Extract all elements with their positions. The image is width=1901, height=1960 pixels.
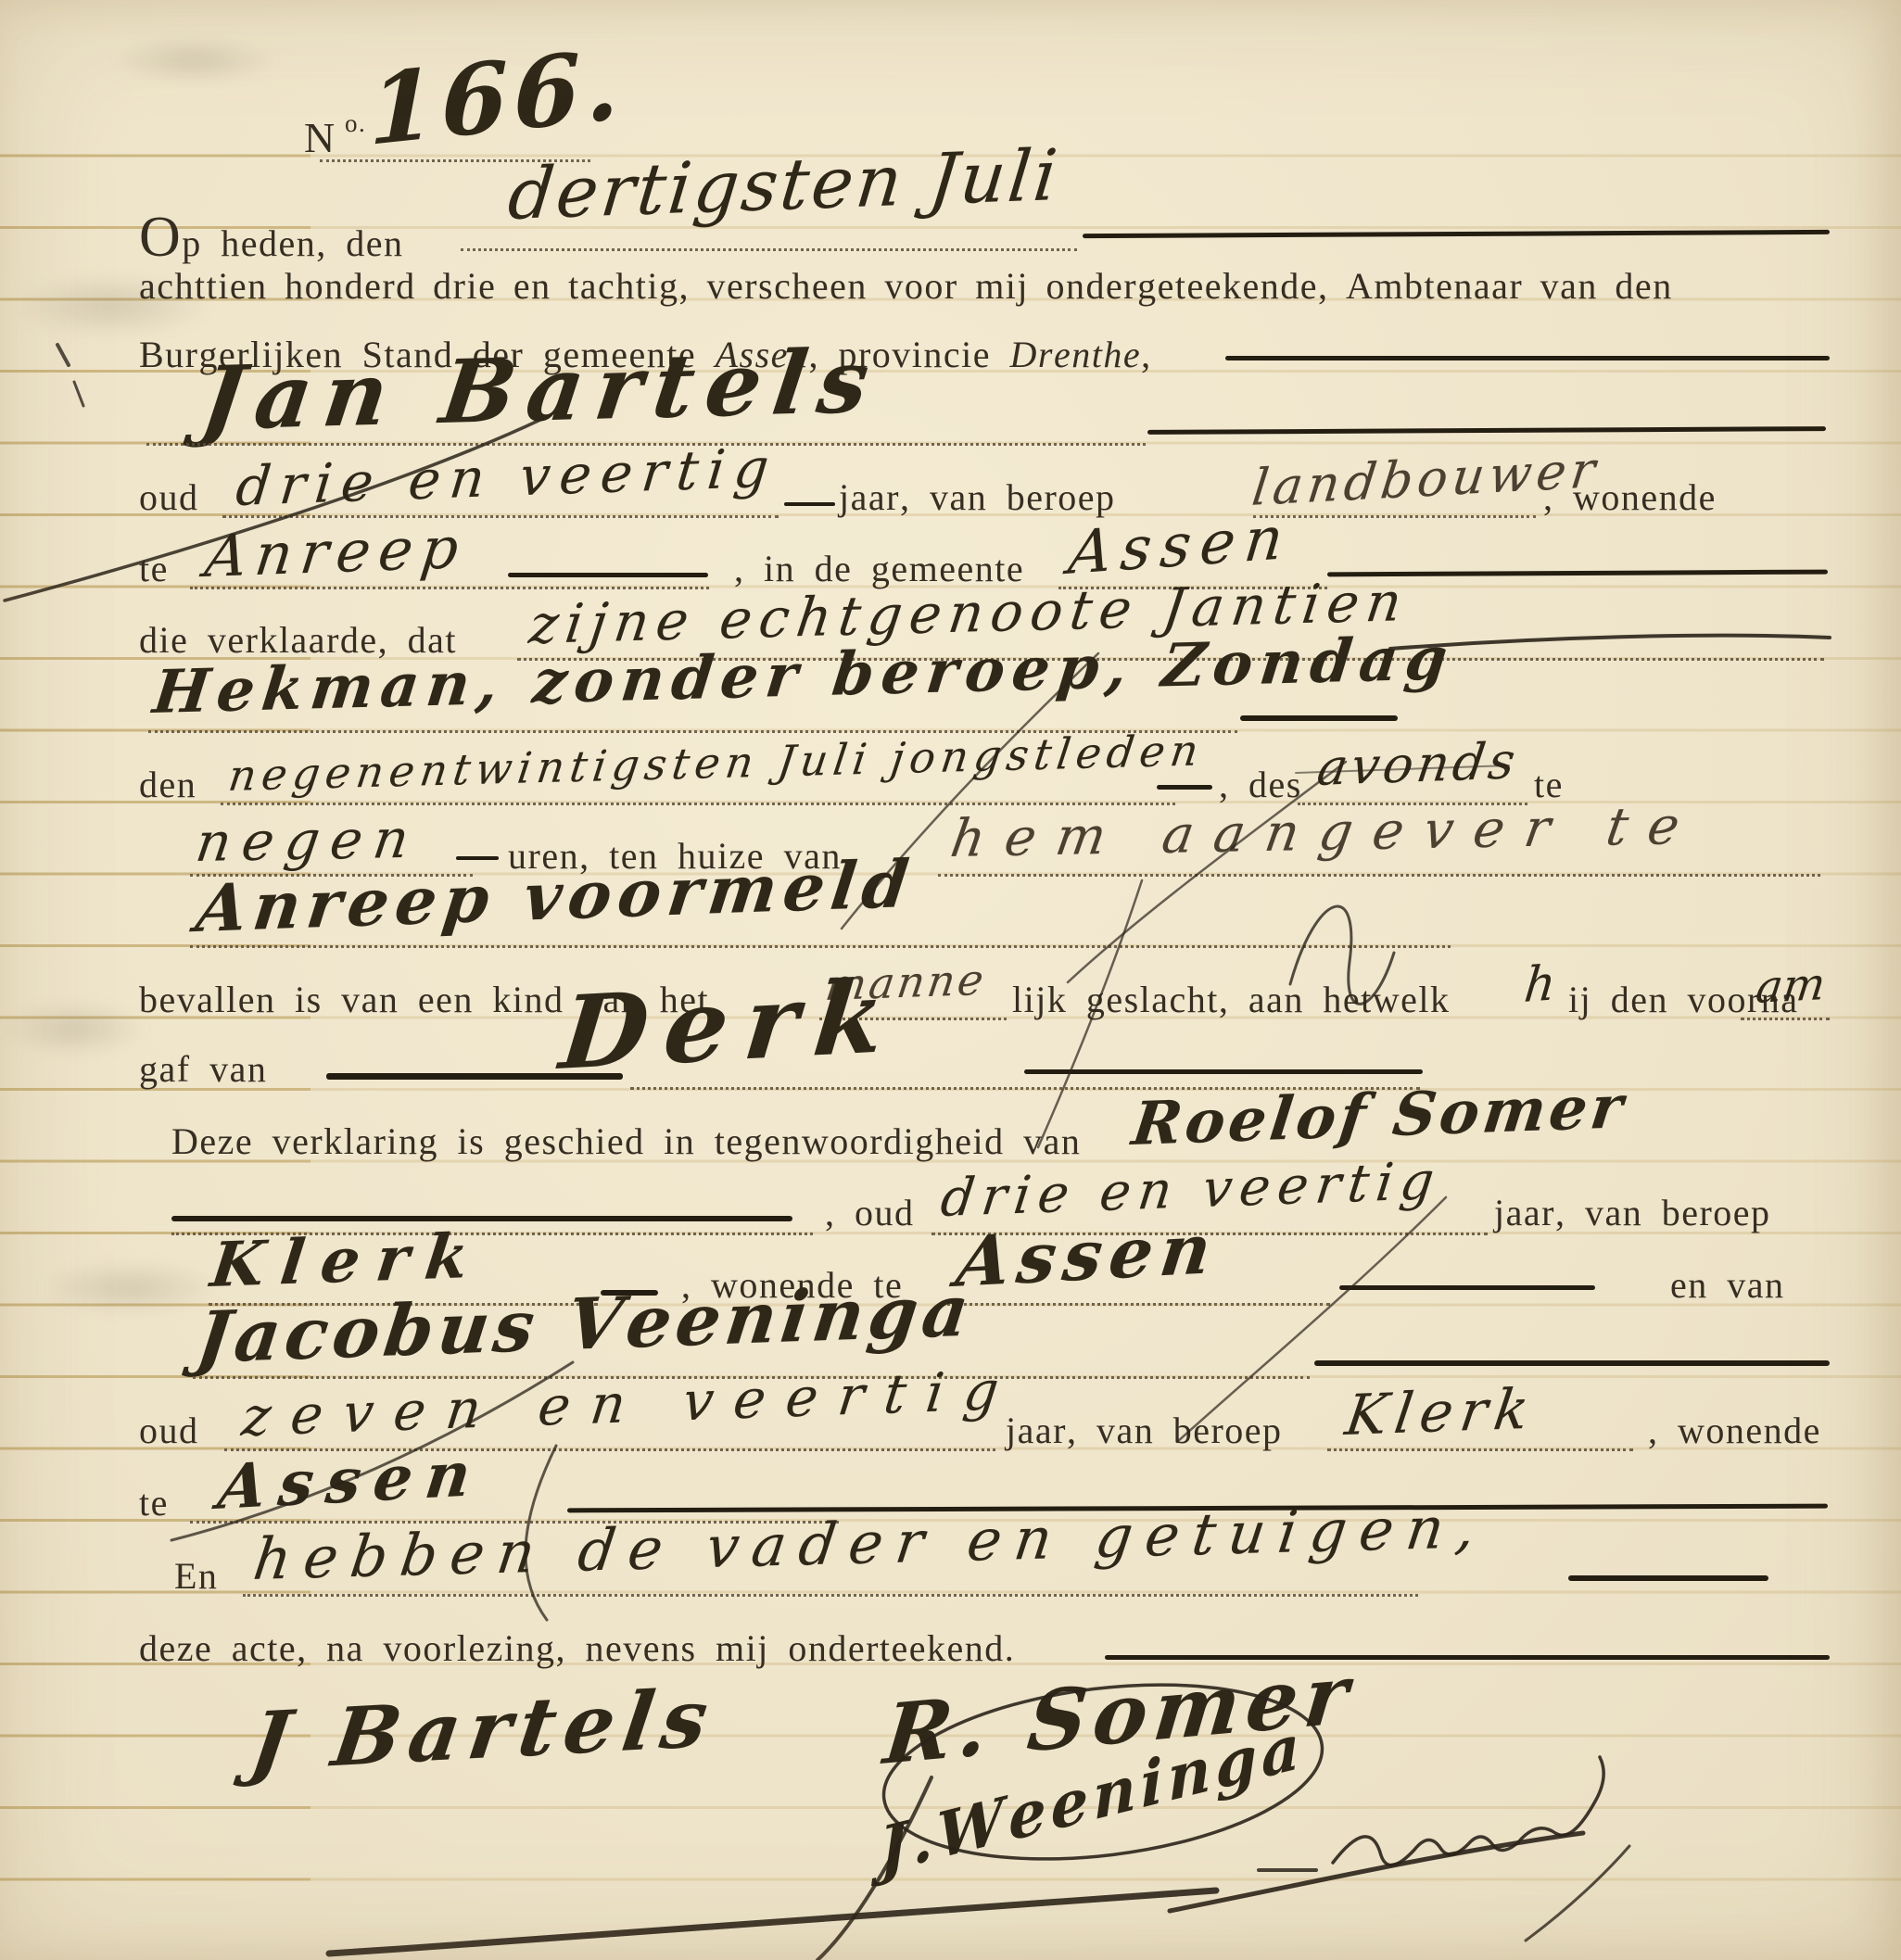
dotted-line bbox=[941, 1303, 1330, 1306]
hw-witness2-profession: Klerk bbox=[1342, 1382, 1540, 1444]
hw-time-of-day: avonds bbox=[1314, 736, 1522, 793]
printed-deze-verklaring: Deze verklaring is geschied in tegenwoor… bbox=[171, 1123, 1081, 1160]
filled-dash bbox=[1568, 1575, 1768, 1581]
paraph-flourish bbox=[1333, 1757, 1603, 1865]
printed-en-van: en van bbox=[1670, 1267, 1785, 1304]
hw-name-suffix-am: am bbox=[1754, 962, 1828, 1010]
printed-den: den bbox=[139, 766, 196, 803]
printed-oud: oud bbox=[139, 479, 199, 516]
signature-underline bbox=[1170, 1833, 1583, 1911]
printed-jaar-van-beroep-3: jaar, van beroep bbox=[1006, 1412, 1283, 1449]
printed-wonende-2: , wonende bbox=[1648, 1412, 1821, 1449]
dotted-line bbox=[190, 945, 1451, 948]
printed-des: , des bbox=[1219, 766, 1302, 803]
printed-jaar-van-beroep: jaar, van beroep bbox=[839, 479, 1116, 516]
printed-gaf-van: gaf van bbox=[139, 1051, 267, 1088]
signature-underline bbox=[1526, 1846, 1629, 1941]
filled-rule bbox=[1314, 1360, 1830, 1366]
certificate-page: N o. 166. Op heden, den dertigsten Juli … bbox=[0, 0, 1901, 1960]
hw-witness1-residence: Assen bbox=[953, 1215, 1222, 1297]
filled-rule bbox=[1225, 356, 1830, 360]
hw-declarant-residence: Anreep bbox=[202, 519, 470, 586]
dotted-line bbox=[1741, 1018, 1830, 1020]
hw-witness1-name: Roelof Somer bbox=[1129, 1078, 1629, 1155]
filled-dash bbox=[784, 502, 835, 506]
act-number-value: 166. bbox=[369, 35, 625, 159]
act-number-label: N bbox=[304, 117, 336, 159]
hw-hour: negen bbox=[193, 812, 424, 869]
filled-rule bbox=[1024, 1069, 1423, 1074]
hw-declarant-age: drie en veertig bbox=[234, 440, 780, 513]
hw-birth-date: negenentwintigsten Juli jongstleden bbox=[226, 728, 1207, 797]
dotted-line bbox=[461, 248, 1077, 251]
printed-lijk-geslacht: lijk geslacht, aan hetwelk bbox=[1012, 981, 1451, 1018]
dotted-line bbox=[1253, 515, 1536, 518]
margin-tick bbox=[57, 345, 69, 365]
dotted-line bbox=[243, 1594, 1418, 1597]
filled-rule bbox=[508, 573, 708, 577]
hw-witness2-age: zeven en veertig bbox=[239, 1362, 1022, 1444]
hw-house-of: hem aangever te bbox=[947, 801, 1704, 866]
hw-declarant-name: Jan Bartels bbox=[196, 338, 885, 443]
dotted-line bbox=[221, 803, 1175, 805]
margin-tick bbox=[74, 382, 83, 406]
printed-wonende: , wonende bbox=[1543, 479, 1717, 516]
dotted-line bbox=[222, 515, 779, 518]
hw-witness1-profession: Klerk bbox=[208, 1224, 488, 1296]
printed-te-3: te bbox=[139, 1485, 169, 1522]
dotted-line bbox=[938, 874, 1820, 877]
printed-oud-3: oud bbox=[139, 1412, 199, 1449]
hw-child-name: Derk bbox=[556, 966, 906, 1084]
filled-rule bbox=[1083, 230, 1830, 238]
dotted-line bbox=[1327, 1448, 1633, 1451]
filled-rule bbox=[1339, 1285, 1595, 1290]
hw-inserted-h: h bbox=[1522, 959, 1558, 1010]
bleed-through-mark bbox=[111, 37, 278, 83]
printed-op-heden-den: Op heden, den bbox=[139, 209, 404, 266]
hw-witness2-residence: Assen bbox=[215, 1443, 487, 1518]
printed-oud-2: , oud bbox=[825, 1195, 915, 1232]
filled-dash bbox=[1157, 785, 1212, 790]
signature-underline bbox=[329, 1890, 1216, 1954]
printed-te: te bbox=[139, 550, 169, 588]
printed-jaar-van-beroep-2: jaar, van beroep bbox=[1494, 1195, 1771, 1232]
flourish-diagonal bbox=[1068, 762, 1346, 982]
printed-comma: , bbox=[1141, 334, 1152, 375]
filled-rule bbox=[1147, 426, 1826, 435]
hw-date-day-month: dertigsten Juli bbox=[505, 140, 1063, 230]
printed-en: En bbox=[174, 1558, 218, 1595]
printed-year-line: achttien honderd drie en tachtig, versch… bbox=[139, 268, 1673, 305]
printed-deze-acte: deze acte, na voorlezing, nevens mij ond… bbox=[139, 1630, 1015, 1667]
hw-gemeente-assen: Assen bbox=[1066, 509, 1295, 584]
signature-father: J Bartels bbox=[246, 1678, 720, 1783]
bleed-through-mark bbox=[37, 1260, 222, 1316]
printed-drenthe-italic: Drenthe bbox=[1010, 334, 1142, 375]
act-number-label-sup: o. bbox=[345, 111, 366, 136]
filled-rule bbox=[1240, 715, 1398, 721]
bleed-through-mark bbox=[0, 1001, 148, 1056]
